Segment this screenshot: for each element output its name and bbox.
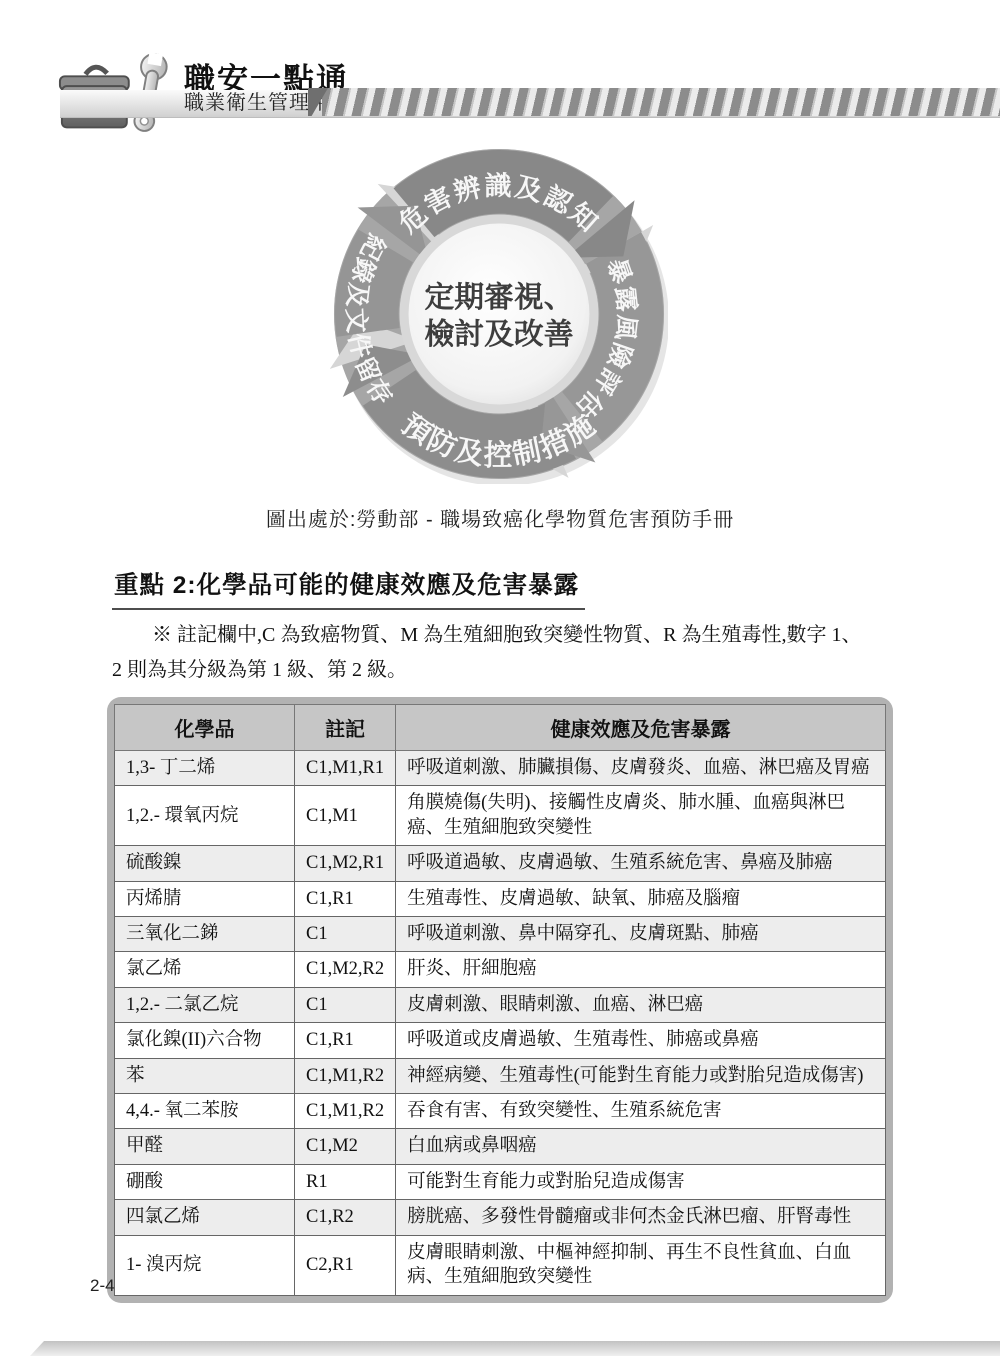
hazard-management-cycle-diagram: 定期審視、 檢討及改善 危害辨識及認知 暴露風險評估 預防及控制措施 紀錄及文件…	[330, 144, 668, 484]
notation-cell: C1,M1,R2	[295, 1058, 396, 1093]
chemical-cell: 硫酸鎳	[115, 846, 295, 881]
table-row: 1- 溴丙烷 C2,R1 皮膚眼睛刺激、中樞神經抑制、再生不良性貧血、白血病、生…	[115, 1235, 886, 1295]
table-row: 氯化鎳(II)六合物 C1,R1 呼吸道或皮膚過敏、生殖毒性、肺癌或鼻癌	[115, 1023, 886, 1058]
footer-band-decoration	[30, 1341, 1000, 1356]
chemical-cell: 甲醛	[115, 1129, 295, 1164]
chemical-cell: 1- 溴丙烷	[115, 1235, 295, 1295]
effects-cell: 生殖毒性、皮膚過敏、缺氧、肺癌及腦瘤	[396, 881, 886, 916]
header-effects: 健康效應及危害暴露	[396, 705, 886, 751]
notation-cell: R1	[295, 1164, 396, 1199]
table-row: 硫酸鎳 C1,M2,R1 呼吸道過敏、皮膚過敏、生殖系統危害、鼻癌及肺癌	[115, 846, 886, 881]
effects-cell: 可能對生育能力或對胎兒造成傷害	[396, 1164, 886, 1199]
section-heading: 重點 2:化學品可能的健康效應及危害暴露	[112, 566, 585, 610]
header-notation: 註記	[295, 705, 396, 751]
notation-cell: C1,M1,R1	[295, 751, 396, 786]
chemical-cell: 氯化鎳(II)六合物	[115, 1023, 295, 1058]
table-row: 三氧化二銻 C1 呼吸道刺激、鼻中隔穿孔、皮膚斑點、肺癌	[115, 917, 886, 952]
effects-cell: 白血病或鼻咽癌	[396, 1129, 886, 1164]
effects-cell: 呼吸道過敏、皮膚過敏、生殖系統危害、鼻癌及肺癌	[396, 846, 886, 881]
book-page: 職安一點通 職業衛生管理甲級檢定	[0, 0, 1000, 1357]
page-number: 2-4	[90, 1276, 115, 1296]
notation-cell: C1,M1,R2	[295, 1094, 396, 1129]
effects-cell: 角膜燒傷(失明)、接觸性皮膚炎、肺水腫、血癌與淋巴癌、生殖細胞致突變性	[396, 786, 886, 846]
table-header-row: 化學品 註記 健康效應及危害暴露	[115, 705, 886, 751]
notation-cell: C1,M2,R2	[295, 952, 396, 987]
chemical-cell: 丙烯腈	[115, 881, 295, 916]
notation-cell: C1,R1	[295, 881, 396, 916]
chemical-table-frame: 化學品 註記 健康效應及危害暴露 1,3- 丁二烯 C1,M1,R1 呼吸道刺激…	[107, 697, 893, 1303]
svg-text:檢討及改善: 檢討及改善	[424, 318, 573, 351]
table-row: 甲醛 C1,M2 白血病或鼻咽癌	[115, 1129, 886, 1164]
chemical-cell: 硼酸	[115, 1164, 295, 1199]
chemical-cell: 三氧化二銻	[115, 917, 295, 952]
effects-cell: 肝炎、肝細胞癌	[396, 952, 886, 987]
notation-cell: C1,M2,R1	[295, 846, 396, 881]
notation-cell: C2,R1	[295, 1235, 396, 1295]
chemical-hazard-table: 化學品 註記 健康效應及危害暴露 1,3- 丁二烯 C1,M1,R1 呼吸道刺激…	[114, 704, 886, 1296]
table-row: 氯乙烯 C1,M2,R2 肝炎、肝細胞癌	[115, 952, 886, 987]
chemical-table-body: 1,3- 丁二烯 C1,M1,R1 呼吸道刺激、肺臟損傷、皮膚發炎、血癌、淋巴癌…	[115, 751, 886, 1296]
table-row: 苯 C1,M1,R2 神經病變、生殖毒性(可能對生育能力或對胎兒造成傷害)	[115, 1058, 886, 1093]
table-row: 丙烯腈 C1,R1 生殖毒性、皮膚過敏、缺氧、肺癌及腦瘤	[115, 881, 886, 916]
chemical-cell: 氯乙烯	[115, 952, 295, 987]
effects-cell: 呼吸道刺激、鼻中隔穿孔、皮膚斑點、肺癌	[396, 917, 886, 952]
table-row: 硼酸 R1 可能對生育能力或對胎兒造成傷害	[115, 1164, 886, 1199]
table-row: 4,4.- 氧二苯胺 C1,M1,R2 吞食有害、有致突變性、生殖系統危害	[115, 1094, 886, 1129]
effects-cell: 吞食有害、有致突變性、生殖系統危害	[396, 1094, 886, 1129]
table-row: 1,2.- 環氧丙烷 C1,M1 角膜燒傷(失明)、接觸性皮膚炎、肺水腫、血癌與…	[115, 786, 886, 846]
effects-cell: 呼吸道刺激、肺臟損傷、皮膚發炎、血癌、淋巴癌及胃癌	[396, 751, 886, 786]
effects-cell: 膀胱癌、多發性骨髓瘤或非何杰金氏淋巴瘤、肝腎毒性	[396, 1200, 886, 1235]
figure-source-caption: 圖出處於:勞動部 - 職場致癌化學物質危害預防手冊	[0, 503, 1000, 532]
effects-cell: 神經病變、生殖毒性(可能對生育能力或對胎兒造成傷害)	[396, 1058, 886, 1093]
chemical-cell: 4,4.- 氧二苯胺	[115, 1094, 295, 1129]
notation-cell: C1,R2	[295, 1200, 396, 1235]
chemical-cell: 苯	[115, 1058, 295, 1093]
notation-cell: C1,R1	[295, 1023, 396, 1058]
cycle-center-label: 定期審視、	[424, 281, 573, 314]
effects-cell: 皮膚眼睛刺激、中樞神經抑制、再生不良性貧血、白血病、生殖細胞致突變性	[396, 1235, 886, 1295]
header-chemical: 化學品	[115, 705, 295, 751]
notation-cell: C1,M1	[295, 786, 396, 846]
table-row: 1,3- 丁二烯 C1,M1,R1 呼吸道刺激、肺臟損傷、皮膚發炎、血癌、淋巴癌…	[115, 751, 886, 786]
chemical-cell: 1,2.- 二氯乙烷	[115, 987, 295, 1022]
header-stripes-decoration	[322, 88, 1000, 116]
chemical-cell: 四氯乙烯	[115, 1200, 295, 1235]
effects-cell: 呼吸道或皮膚過敏、生殖毒性、肺癌或鼻癌	[396, 1023, 886, 1058]
chemical-cell: 1,2.- 環氧丙烷	[115, 786, 295, 846]
notation-note: ※ 註記欄中,C 為致癌物質、M 為生殖細胞致突變性物質、R 為生殖毒性,數字 …	[112, 618, 896, 688]
table-row: 四氯乙烯 C1,R2 膀胱癌、多發性骨髓瘤或非何杰金氏淋巴瘤、肝腎毒性	[115, 1200, 886, 1235]
note-line-2: 2 則為其分級為第 1 級、第 2 級。	[112, 653, 896, 688]
notation-cell: C1,M2	[295, 1129, 396, 1164]
notation-cell: C1	[295, 917, 396, 952]
note-line-1: ※ 註記欄中,C 為致癌物質、M 為生殖細胞致突變性物質、R 為生殖毒性,數字 …	[112, 618, 896, 653]
table-row: 1,2.- 二氯乙烷 C1 皮膚刺激、眼睛刺激、血癌、淋巴癌	[115, 987, 886, 1022]
chemical-cell: 1,3- 丁二烯	[115, 751, 295, 786]
notation-cell: C1	[295, 987, 396, 1022]
effects-cell: 皮膚刺激、眼睛刺激、血癌、淋巴癌	[396, 987, 886, 1022]
